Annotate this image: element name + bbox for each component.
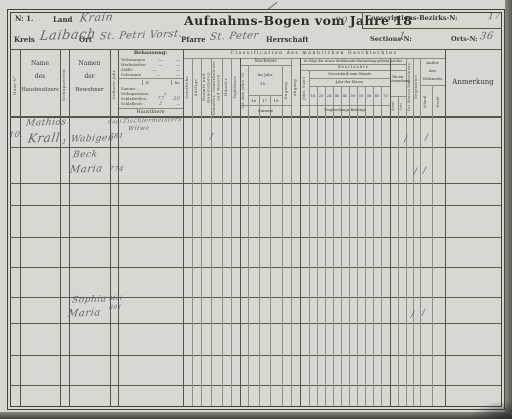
pfarre-value: St. Peter <box>209 30 259 43</box>
tally-tick: ∕ <box>425 133 428 143</box>
class-col-4: Künstler, Gewerbsleute und Bauern <box>211 59 222 116</box>
scan-edge-right <box>505 0 512 419</box>
abgang-col: Abgang <box>291 59 300 116</box>
scan-edge-bottom <box>0 412 512 419</box>
class-year-8: 58 <box>365 94 373 98</box>
right-box-line1: In Folge der neuen Werbbezirks-Eintheilu… <box>300 59 406 63</box>
nachweis-imjahr-2: 18 . . <box>248 81 282 86</box>
paper-page: N: 1. Land Aufnahms-Bogen vom Jahre 18 C… <box>0 0 507 414</box>
right-box-line4: Jahr der Klasse <box>309 80 390 84</box>
class-year-7: 55 <box>357 94 365 98</box>
tally-tick: ∕ <box>423 166 426 176</box>
sheet-number: N: 1. <box>15 14 33 23</box>
herrschaft-label: Herrschaft <box>266 35 309 44</box>
col-resident-line2: der <box>69 73 110 80</box>
col-owner-line3: Hausbesitzers <box>20 87 60 93</box>
resident-name: Beck <box>72 150 98 161</box>
col-wohnung-nr: Wohnparteien <box>60 55 69 115</box>
absent-line3: Wohnorts <box>420 76 445 81</box>
money-row: Schlafleute .2— <box>121 101 180 107</box>
pfarre-label: Pfarre <box>181 35 206 44</box>
nachweis-age-18: 18 <box>270 98 282 103</box>
absent-sub-2: Weibl. <box>432 86 445 116</box>
birth-note: Mai <box>108 295 122 302</box>
narrow-col-2: Vorgemerkte <box>413 59 420 116</box>
class-year-6: 50 <box>349 94 357 98</box>
vormerk-col-1: dient <box>390 96 398 116</box>
district-label: Conscriptions-Bezirks-N: <box>366 14 457 22</box>
owner-name-line2: Krall <box>27 130 61 145</box>
col-resident-line1: Namen <box>69 60 110 67</box>
ortsno-label: Orts-N: <box>451 35 478 43</box>
nachweis-title: Nachweis <box>240 59 291 64</box>
birth-year: 801 <box>108 304 122 311</box>
birth-year: 781 <box>108 132 124 141</box>
classification-title: Classification des männlichen Geschlecht… <box>183 51 445 56</box>
tally-tick: ∕ <box>414 167 417 177</box>
vormerk-col-2: frei <box>398 96 406 116</box>
nachweis-age-17: 17 <box>259 98 270 103</box>
class-year-5: 45 <box>341 94 349 98</box>
land-value: Krain <box>79 10 114 24</box>
kreis-value: Laibach <box>39 27 97 44</box>
resident-name: Sophia <box>71 294 107 305</box>
absent-line1: Außer <box>420 60 445 65</box>
tally-tick: ∕ <box>411 310 414 320</box>
kreis-label: Kreis <box>14 35 35 44</box>
class-col-6: Taglöhner <box>231 59 240 116</box>
class-col-1: Geistliche <box>183 59 192 116</box>
class-year-10: 70 <box>381 94 390 98</box>
right-box-line2: B e u r l a u b t e <box>300 65 406 69</box>
birth-year: 774 <box>108 165 124 174</box>
occupation-line2: Witwe <box>127 125 150 133</box>
class-year-3: 24 <box>325 94 333 98</box>
class-col-5: Häusler <box>222 59 231 116</box>
house-box-footer: Hausthiere <box>118 109 183 115</box>
col-resident-line3: Bewohner <box>69 87 110 93</box>
right-box-line3: Verzeichniß zum Stande <box>309 72 390 76</box>
absent-sub-1: Männl. <box>420 86 432 116</box>
class-year-2: 20 <box>317 94 325 98</box>
vormerk-title: Bis zur Vormerkung <box>390 76 406 84</box>
class-col-3: Beamte und Honoratioren <box>201 59 211 116</box>
money-head: fl.kr. <box>121 80 180 85</box>
col-owner-line1: Name <box>20 60 60 67</box>
tally-tick: ∕ <box>210 132 213 142</box>
absent-line2: des <box>420 68 445 73</box>
title-year-value: 30 <box>333 16 348 27</box>
class-year-1: 18 <box>309 94 317 98</box>
right-box-side-col: Jährl. Stand <box>300 71 309 105</box>
district-value: 17 <box>487 12 501 22</box>
zugang-col: Zugang <box>282 66 291 116</box>
land-label: Land <box>53 15 72 24</box>
resident-name: Maria <box>67 307 101 319</box>
house-box-row: Scheunen—— <box>121 72 180 77</box>
nachweis-age-16: 16 <box>248 98 259 103</box>
class-year-9: 60 <box>373 94 381 98</box>
narrow-col-1: Zur fernern Beobachtung <box>406 59 413 116</box>
scanned-census-sheet: { "marks": { "tick": "∕", "flourish": "∕… <box>0 0 512 419</box>
tally-tick: ∕ <box>422 308 425 318</box>
class-year-4: 40 <box>333 94 341 98</box>
ortsno-value: 36 <box>479 31 494 42</box>
owner-name-line1: Mathias <box>25 117 67 128</box>
scan-corner-shadow <box>468 400 512 419</box>
house-number: 10. <box>8 130 24 139</box>
nachweis-imjahr-1: Im Jahr <box>248 72 282 77</box>
resident-name: Maria <box>69 163 103 175</box>
right-box-footer: Vergleichungs-Beiträge <box>300 108 390 112</box>
tally-tick: ∕ <box>404 135 407 145</box>
col-geburtsjahr: Geburts-Jahr <box>110 55 118 115</box>
col-owner-line2: des <box>20 73 60 80</box>
class-col-2: Adelige <box>192 59 201 116</box>
col-haus-nr: Haus-N°. <box>10 55 20 115</box>
house-box-title: Behausung: <box>118 50 183 56</box>
anmerkung-header: Anmerkung <box>445 78 501 86</box>
